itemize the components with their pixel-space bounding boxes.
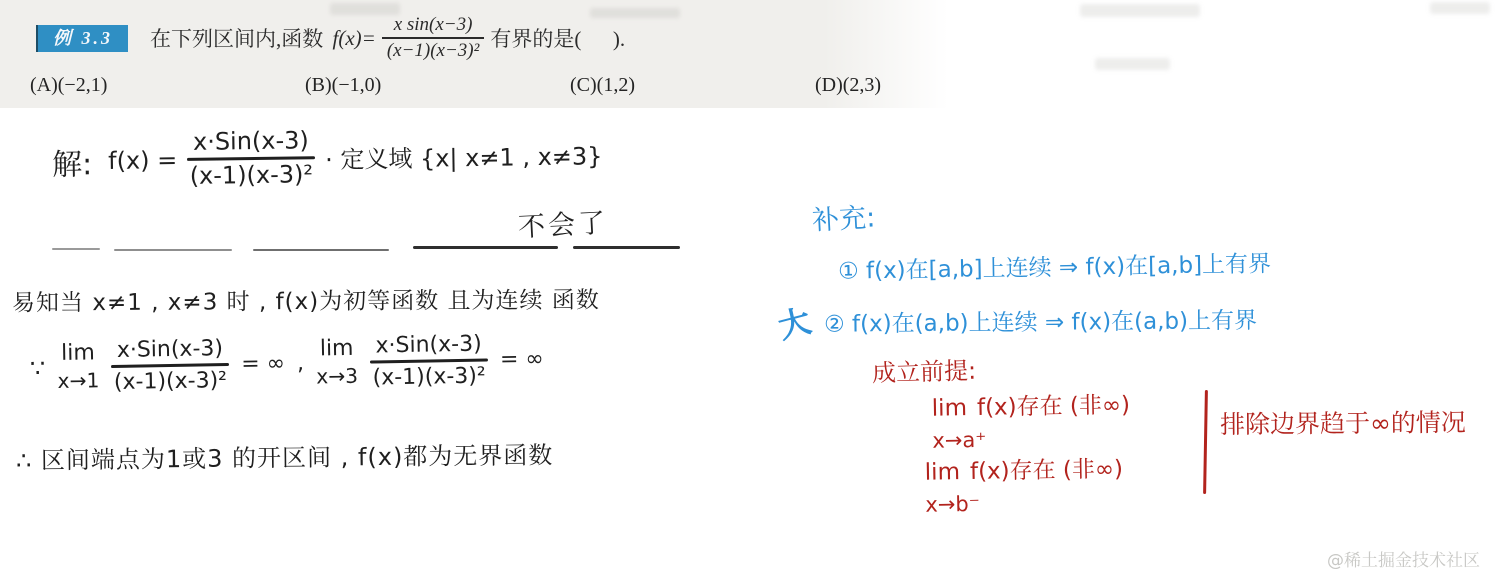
red-divider-line [1203, 390, 1208, 494]
limit-1: lim x→1 [57, 343, 100, 392]
problem-fraction-numerator: x sin(x−3) [386, 14, 481, 37]
underline-segment [114, 249, 232, 251]
red-limit-2-operator: lim [925, 459, 961, 486]
limit-2: lim x→3 [316, 338, 359, 387]
solution-prefix: 解: [52, 139, 93, 184]
stuck-note: 不会了 [517, 201, 609, 245]
limit-1-subscript: x→1 [57, 371, 99, 392]
problem-function-symbol: f(x)= [333, 26, 376, 51]
red-limit-1-text: f(x)存在 (非∞) [977, 386, 1131, 422]
red-limit-1: lim f(x)存在 (非∞) x→a⁺ [931, 386, 1130, 452]
limit-2-result: = ∞ [500, 347, 544, 373]
problem-fraction-denominator: (x−1)(x−3)² [382, 37, 485, 62]
limit-1-fraction: x·Sin(x-3) (x-1)(x-3)² [111, 337, 230, 394]
answer-options-row: (A)(−2,1) (B)(−1,0) (C)(1,2) (D)(2,3) [0, 74, 958, 102]
solution-conclusion-line: ∴ 区间端点为1或3 的开区间 , f(x)都为无界函数 [16, 435, 554, 476]
limit-1-operator: lim [61, 343, 95, 366]
limit-2-subscript: x→3 [316, 366, 358, 387]
emphasis-marker: 大 [773, 296, 816, 349]
red-limit-1-operator: lim [932, 395, 968, 422]
document-page: 例 3.3 在下列区间内,函数 f(x)= x sin(x−3) (x−1)(x… [0, 0, 1512, 585]
solution-elementary-line: 易知当 x≠1 , x≠3 时 , f(x)为初等函数 且为连续 函数 [12, 281, 600, 317]
blue-note-item-2: 大 ② f(x)在(a,b)上连续 ⇒ f(x)在(a,b)上有界 [778, 295, 1257, 345]
option-b: (B)(−1,0) [305, 74, 381, 97]
example-badge: 例 3.3 [38, 25, 128, 52]
limit-1-denominator: (x-1)(x-3)² [114, 366, 228, 394]
underline-segment [253, 249, 389, 251]
blue-notes-title: 补充: [811, 195, 876, 237]
because-symbol: ∵ [30, 354, 46, 382]
bleed-through-artifact [330, 3, 400, 15]
red-limit-1-subscript: x→a⁺ [932, 425, 1131, 452]
underline-segment [573, 246, 680, 249]
solution-domain-text: · 定义域 {x| x≠1 , x≠3} [325, 136, 603, 175]
printed-problem-block: 例 3.3 在下列区间内,函数 f(x)= x sin(x−3) (x−1)(x… [0, 0, 958, 108]
problem-statement: 在下列区间内,函数 f(x)= x sin(x−3) (x−1)(x−3)² 有… [150, 8, 625, 68]
limit-1-result: = ∞ [241, 351, 285, 377]
limit-2-operator: lim [320, 338, 354, 361]
limits-separator: , [297, 351, 304, 376]
limit-1-numerator: x·Sin(x-3) [111, 337, 230, 365]
red-notes-title: 成立前提: [872, 351, 977, 389]
limit-2-denominator: (x-1)(x-3)² [372, 362, 486, 390]
solution-fraction-denominator: (x-1)(x-3)² [190, 159, 314, 189]
bleed-through-artifact [1095, 58, 1170, 70]
option-a: (A)(−2,1) [30, 74, 107, 97]
solution-fraction: x·Sin(x-3) (x-1)(x-3)² [187, 128, 316, 189]
blue-note-item-1: ① f(x)在[a,b]上连续 ⇒ f(x)在[a,b]上有界 [838, 245, 1272, 286]
solution-fx-equals: f(x) = [108, 146, 178, 175]
solution-limits-line: ∵ lim x→1 x·Sin(x-3) (x-1)(x-3)² = ∞ , l… [30, 332, 545, 396]
bleed-through-artifact [590, 8, 680, 18]
watermark: @稀土掘金技术社区 [1327, 546, 1480, 571]
problem-outro-text: 有界的是( ). [490, 23, 625, 53]
option-c: (C)(1,2) [570, 74, 635, 97]
underline-segment [52, 248, 100, 250]
red-limit-2-subscript: x→b⁻ [925, 489, 1124, 516]
solution-definition-line: 解: f(x) = x·Sin(x-3) (x-1)(x-3)² · 定义域 {… [52, 124, 603, 191]
red-limit-2-text: f(x)存在 (非∞) [970, 450, 1124, 486]
blue-note-item-2-text: ② f(x)在(a,b)上连续 ⇒ f(x)在(a,b)上有界 [824, 301, 1257, 338]
limit-2-numerator: x·Sin(x-3) [369, 332, 488, 360]
solution-fraction-numerator: x·Sin(x-3) [187, 128, 315, 158]
underline-segment [413, 246, 558, 249]
problem-fraction: x sin(x−3) (x−1)(x−3)² [382, 14, 485, 62]
bleed-through-artifact [1430, 2, 1490, 14]
option-d: (D)(2,3) [815, 74, 881, 97]
limit-2-fraction: x·Sin(x-3) (x-1)(x-3)² [369, 332, 488, 389]
red-aside-note: 排除边界趋于∞的情况 [1220, 403, 1466, 441]
red-limit-2: lim f(x)存在 (非∞) x→b⁻ [924, 450, 1123, 516]
problem-intro-text: 在下列区间内,函数 [150, 23, 329, 53]
bleed-through-artifact [1080, 4, 1200, 17]
